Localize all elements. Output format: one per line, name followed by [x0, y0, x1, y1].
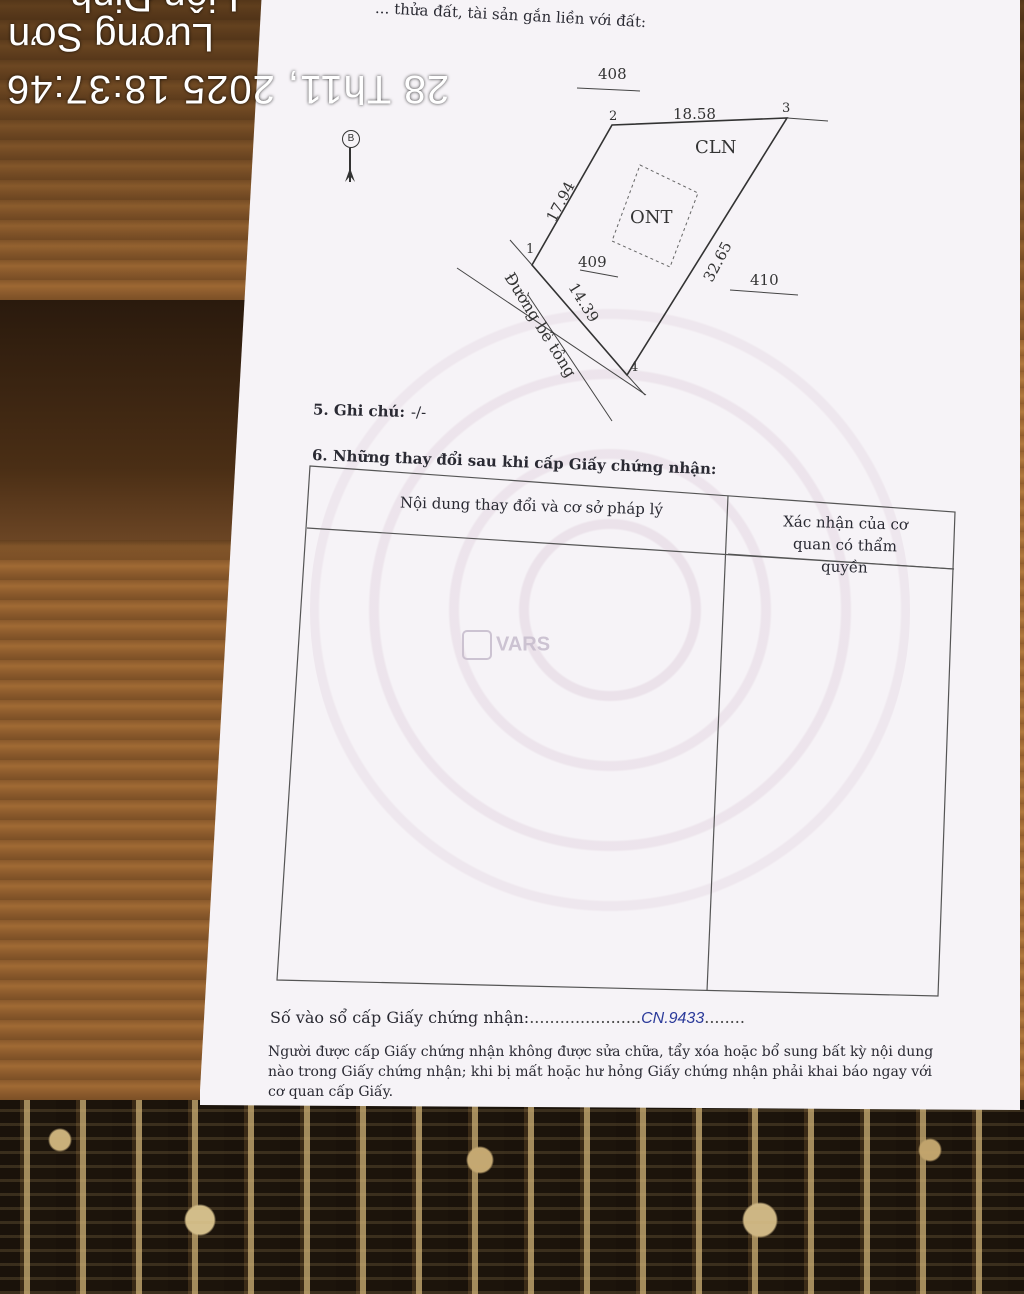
edge-1-2-length: 17.94 [543, 179, 579, 225]
section5-notes: 5. Ghi chú:-/- [313, 401, 427, 422]
vertex-1: 1 [526, 242, 534, 257]
vars-watermark: VARS [462, 630, 550, 660]
overlay-location: Lương Sơn [8, 14, 214, 59]
table-shadow [0, 300, 250, 540]
column-header-authority-confirmation: Xác nhận của cơ quan có thẩm quyền [769, 510, 921, 580]
footer-warning-note: Người được cấp Giấy chứng nhận không đượ… [268, 1042, 948, 1102]
north-arrow-icon: B [340, 126, 362, 190]
land-use-cln: CLN [695, 137, 736, 158]
patterned-tablecloth [0, 1100, 1024, 1294]
section5-value: -/- [411, 403, 427, 421]
edge-3-4-length: 32.65 [700, 239, 736, 285]
section5-label: 5. Ghi chú: [313, 401, 405, 421]
registration-label: Số vào sổ cấp Giấy chứng nhận: [270, 1008, 529, 1027]
parcel-diagram: 408 409 410 CLN ONT 1 2 3 4 18.58 17.94 … [440, 55, 840, 435]
vertex-3: 3 [782, 101, 790, 116]
registration-number: CN.9433 [641, 1010, 704, 1027]
parcel-408-label: 408 [598, 65, 627, 83]
land-use-ont: ONT [630, 207, 673, 228]
edge-2-3-length: 18.58 [673, 105, 716, 123]
vertex-2: 2 [609, 109, 617, 124]
overlay-datetime: 28 Th11, 2025 18:37:46 [6, 66, 449, 111]
vars-logo-icon [462, 630, 492, 660]
vertex-4: 4 [630, 360, 638, 375]
registration-number-line: Số vào sổ cấp Giấy chứng nhận:..........… [270, 1008, 745, 1028]
parcel-409-label: 409 [578, 253, 607, 271]
parcel-410-label: 410 [750, 271, 779, 289]
edge-1-4-length: 14.39 [565, 280, 603, 326]
